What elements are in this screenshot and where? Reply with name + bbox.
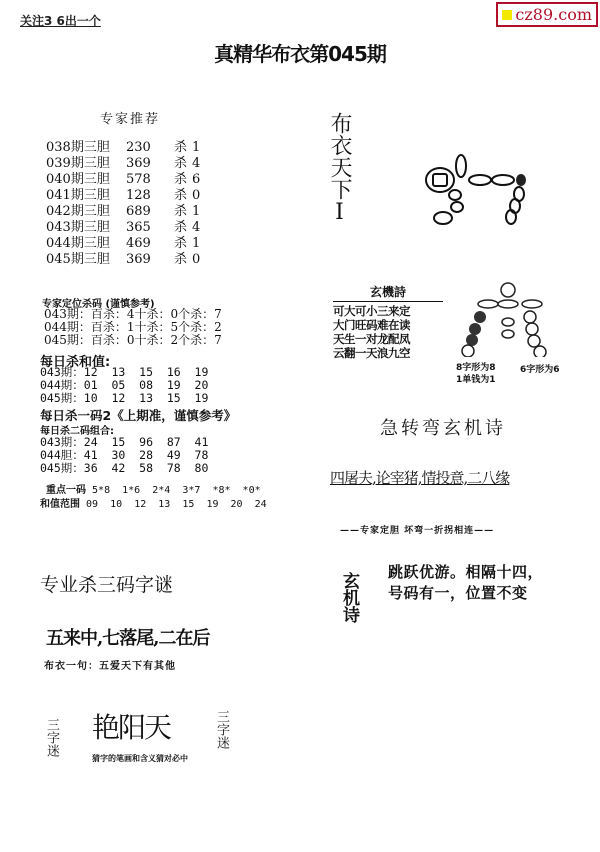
logo-text: cz89.com bbox=[515, 5, 592, 24]
caption-8: 8字形为8 bbox=[456, 362, 496, 374]
expert-recommendation-list: 038期三胆230杀1 039期三胆369杀4 040期三胆578杀6 041期… bbox=[46, 140, 200, 268]
xuanji-vertical-label: 玄机诗 bbox=[334, 572, 364, 623]
coin-pattern-diagram-icon bbox=[460, 282, 570, 357]
riddle-word: 艳阳天 bbox=[92, 706, 170, 746]
riddle-side-label-left: 三字迷 bbox=[42, 718, 61, 757]
rec-numbers: 469 bbox=[126, 236, 174, 252]
xuanji-line-1: 跳跃优游。相隔十四， bbox=[388, 562, 543, 583]
rec-row: 042期三胆689杀1 bbox=[46, 204, 200, 220]
poem-title: 玄機詩 bbox=[333, 283, 443, 302]
rec-row: 039期三胆369杀4 bbox=[46, 156, 200, 172]
rec-period: 041期三胆 bbox=[46, 188, 126, 204]
rec-kill-label: 杀 bbox=[174, 204, 192, 220]
buyi-sentence: 布衣一句：五爱天下有其他 bbox=[44, 657, 176, 672]
poem-box: 玄機詩 可大可小三来定 大门旺码难在读 天生一对龙配凤 云翻一天浪九空 bbox=[333, 283, 443, 360]
rec-numbers: 689 bbox=[126, 204, 174, 220]
buyi-vertical-title: 布衣天下I bbox=[326, 112, 352, 225]
rec-kill-label: 杀 bbox=[174, 220, 192, 236]
riddle-heading: 专业杀三码字谜 bbox=[40, 570, 173, 597]
rec-kill: 4 bbox=[192, 220, 200, 236]
rec-row: 040期三胆578杀6 bbox=[46, 172, 200, 188]
rec-numbers: 128 bbox=[126, 188, 174, 204]
rec-kill-label: 杀 bbox=[174, 252, 192, 268]
rec-numbers: 578 bbox=[126, 172, 174, 188]
rec-numbers: 230 bbox=[126, 140, 174, 156]
rec-numbers: 369 bbox=[126, 252, 174, 268]
riddle-side-label-right: 三字迷 bbox=[212, 710, 231, 749]
list-item: 045期：百杀：0十杀：2个杀：7 bbox=[44, 334, 222, 347]
rec-kill-label: 杀 bbox=[174, 172, 192, 188]
rec-kill: 1 bbox=[192, 140, 200, 156]
riddle-hint: 猜字的笔画和含义猜对必中 bbox=[92, 753, 192, 764]
four-phrase-line: 四屠夫,论宰猪,情投意,二八缘 bbox=[330, 467, 509, 488]
coin-seven-diagram-icon bbox=[425, 150, 545, 230]
list-item: 045期：36 42 58 78 80 bbox=[40, 462, 208, 475]
page-title: 真精华布衣第045期 bbox=[0, 38, 600, 67]
rec-kill: 0 bbox=[192, 188, 200, 204]
focus-code-line: 重点一码 5*8 1*6 2*4 3*7 *8* *0* bbox=[46, 481, 261, 496]
daily-two-code-list: 043期：24 15 96 87 41 044胆：41 30 28 49 78 … bbox=[40, 436, 208, 475]
rec-period: 039期三胆 bbox=[46, 156, 126, 172]
riddle-poem-heading: 急转弯玄机诗 bbox=[380, 414, 506, 440]
rec-row: 044期三胆469杀1 bbox=[46, 236, 200, 252]
rec-row: 041期三胆128杀0 bbox=[46, 188, 200, 204]
riddle-line: 五来中,七落尾,二在后 bbox=[46, 624, 210, 650]
sum-range-label: 和值范围 bbox=[40, 499, 80, 510]
rec-row: 045期三胆369杀0 bbox=[46, 252, 200, 268]
rec-numbers: 365 bbox=[126, 220, 174, 236]
caption-6: 6字形为6 bbox=[520, 362, 560, 375]
rec-kill-label: 杀 bbox=[174, 156, 192, 172]
position-kill-list: 043期：百杀：4十杀：0个杀：7 044期：百杀：1十杀：5个杀：2 045期… bbox=[44, 308, 222, 347]
rec-period: 042期三胆 bbox=[46, 204, 126, 220]
rec-kill-label: 杀 bbox=[174, 188, 192, 204]
xuanji-line-2: 号码有一，位置不变 bbox=[388, 583, 543, 604]
sum-range-value: 09 10 12 13 15 19 20 24 bbox=[86, 499, 267, 510]
site-logo[interactable]: cz89.com bbox=[496, 2, 598, 27]
expert-recommendation-heading: 专家推荐 bbox=[100, 108, 160, 127]
rec-row: 043期三胆365杀4 bbox=[46, 220, 200, 236]
rec-kill: 1 bbox=[192, 236, 200, 252]
rec-kill: 4 bbox=[192, 156, 200, 172]
rec-numbers: 369 bbox=[126, 156, 174, 172]
sum-range-line: 和值范围 09 10 12 13 15 19 20 24 bbox=[40, 495, 267, 510]
poem-line: 云翻一天浪九空 bbox=[333, 346, 443, 360]
poem-line: 大门旺码难在读 bbox=[333, 318, 443, 332]
list-item: 045期：10 12 13 15 19 bbox=[40, 392, 208, 405]
rec-kill: 1 bbox=[192, 204, 200, 220]
xuanji-poem-text: 跳跃优游。相隔十四， 号码有一，位置不变 bbox=[388, 562, 543, 604]
rec-period: 045期三胆 bbox=[46, 252, 126, 268]
daily-sum-kill-list: 043期：12 13 15 16 19 044期：01 05 08 19 20 … bbox=[40, 366, 208, 405]
caption-8-1: 8字形为8 1单钱为1 bbox=[456, 362, 496, 386]
rec-kill: 6 bbox=[192, 172, 200, 188]
poem-line: 可大可小三来定 bbox=[333, 304, 443, 318]
rec-period: 038期三胆 bbox=[46, 140, 126, 156]
caption-1: 1单钱为1 bbox=[456, 374, 496, 386]
rec-kill: 0 bbox=[192, 252, 200, 268]
rec-period: 040期三胆 bbox=[46, 172, 126, 188]
top-note: 关注3 6出一个 bbox=[20, 12, 101, 29]
expert-sure-line: ——专家定胆 坏弯一折拐相连—— bbox=[340, 523, 494, 536]
rec-row: 038期三胆230杀1 bbox=[46, 140, 200, 156]
rec-kill-label: 杀 bbox=[174, 140, 192, 156]
poem-line: 天生一对龙配凤 bbox=[333, 332, 443, 346]
rec-kill-label: 杀 bbox=[174, 236, 192, 252]
rec-period: 044期三胆 bbox=[46, 236, 126, 252]
rec-period: 043期三胆 bbox=[46, 220, 126, 236]
logo-square-icon bbox=[502, 10, 512, 20]
